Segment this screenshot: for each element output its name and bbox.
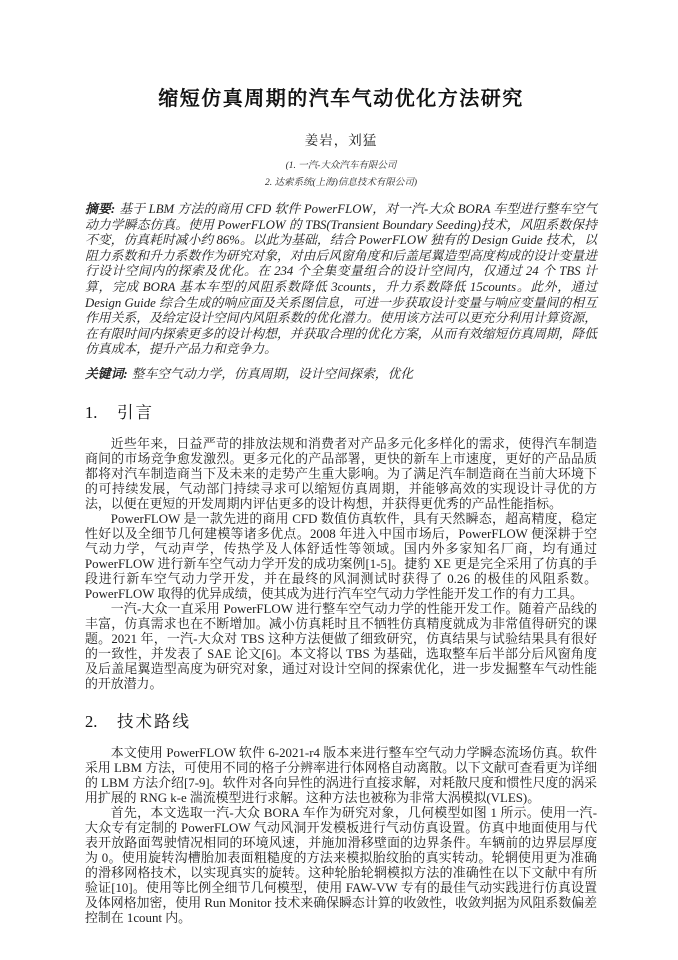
affiliation-line-2: 2. 达索系统(上海)信息技术有限公司) [85,175,597,192]
keywords-text: 整车空气动力学，仿真周期，设计空间探索，优化 [132,367,414,381]
abstract-label: 摘要: [85,202,115,216]
section-2-number: 2. [85,711,99,733]
abstract-text: 基于 LBM 方法的商用 CFD 软件 PowerFLOW，对一汽-大众 BOR… [85,202,597,356]
keywords: 关键词:整车空气动力学，仿真周期，设计空间探索，优化 [85,367,597,383]
paper-title: 缩短仿真周期的汽车气动优化方法研究 [85,86,597,112]
paper-page: 缩短仿真周期的汽车气动优化方法研究 姜岩，刘猛 (1. 一汽-大众汽车有限公司 … [0,0,678,960]
section-1-heading: 1.引言 [85,402,597,424]
abstract: 摘要:基于 LBM 方法的商用 CFD 软件 PowerFLOW，对一汽-大众 … [85,202,597,358]
section-2-paragraph-1: 本文使用 PowerFLOW 软件 6-2021-r4 版本来进行整车空气动力学… [85,746,597,806]
section-1-paragraph-1: 近些年来，日益严苛的排放法规和消费者对产品多元化多样化的需求，使得汽车制造商间的… [85,437,597,512]
section-1-paragraph-3: 一汽-大众一直采用 PowerFLOW 进行整车空气动力学的性能开发工作。随着产… [85,602,597,692]
section-1-paragraph-2: PowerFLOW 是一款先进的商用 CFD 数值仿真软件，具有天然瞬态，超高精… [85,512,597,602]
section-2-title: 技术路线 [117,712,191,731]
page-content: 缩短仿真周期的汽车气动优化方法研究 姜岩，刘猛 (1. 一汽-大众汽车有限公司 … [85,86,597,926]
affiliations: (1. 一汽-大众汽车有限公司 2. 达索系统(上海)信息技术有限公司) [85,158,597,192]
authors: 姜岩，刘猛 [85,129,597,149]
affiliation-line-1: (1. 一汽-大众汽车有限公司 [85,158,597,175]
section-2-paragraph-2: 首先，本文选取一汽-大众 BORA 车作为研究对象，几何模型如图 1 所示。使用… [85,806,597,926]
section-1-number: 1. [85,402,99,424]
section-1-title: 引言 [117,403,154,422]
section-2-heading: 2.技术路线 [85,711,597,733]
keywords-label: 关键词: [85,367,128,381]
